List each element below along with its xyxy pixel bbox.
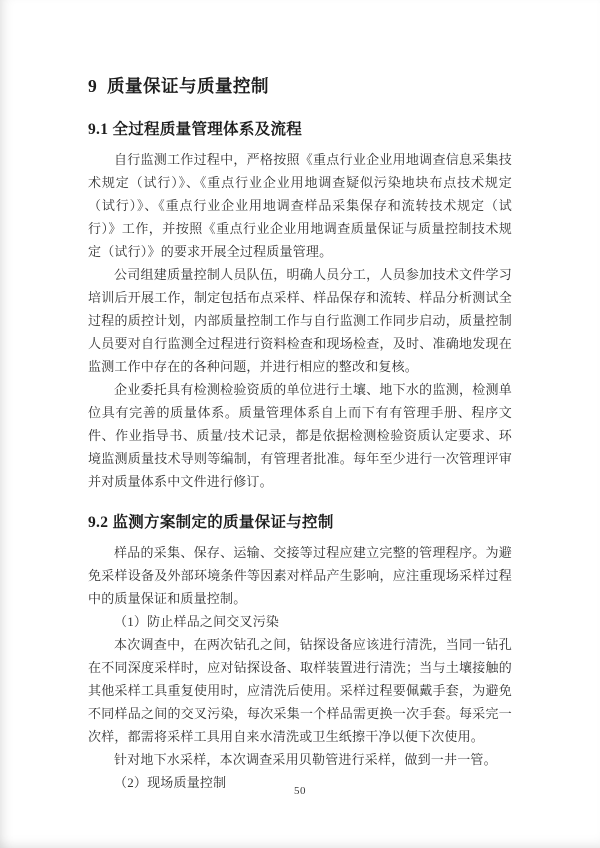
- paragraph-qc-team: 公司组建质量控制人员队伍，明确人员分工，人员参加技术文件学习培训后开展工作，制定…: [88, 263, 512, 378]
- paragraph-self-monitoring-standards: 自行监测工作过程中，严格按照《重点行业企业用地调查信息采集技术规定（试行）》、《…: [88, 148, 512, 263]
- page-number: 50: [294, 785, 306, 797]
- paragraph-sample-management-program: 样品的采集、保存、运输、交接等过程应建立完整的管理程序。为避免采样设备及外部环境…: [88, 541, 512, 610]
- section-9-2-heading: 9.2 监测方案制定的质量保证与控制: [88, 513, 512, 532]
- numbered-item-1-cross-contamination: （1）防止样品之间交叉污染: [88, 610, 512, 633]
- paragraph-entrusted-lab-quality-system: 企业委托具有检测检验资质的单位进行土壤、地下水的监测，检测单位具有完善的质量体系…: [88, 378, 512, 493]
- paragraph-groundwater-bailer-sampling: 针对地下水采样，本次调查采用贝勒管进行采样，做到一井一管。: [88, 748, 512, 771]
- document-content: 9 质量保证与质量控制 9.1 全过程质量管理体系及流程 自行监测工作过程中，严…: [0, 0, 600, 794]
- section-9-1-heading: 9.1 全过程质量管理体系及流程: [88, 120, 512, 139]
- paragraph-drilling-equipment-cleaning: 本次调查中，在两次钻孔之间，钻探设备应该进行清洗，当同一钻孔在不同深度采样时，应…: [88, 633, 512, 748]
- chapter-heading: 9 质量保证与质量控制: [88, 76, 512, 96]
- page-footer: 50: [0, 781, 600, 799]
- document-page: 9 质量保证与质量控制 9.1 全过程质量管理体系及流程 自行监测工作过程中，严…: [0, 0, 600, 848]
